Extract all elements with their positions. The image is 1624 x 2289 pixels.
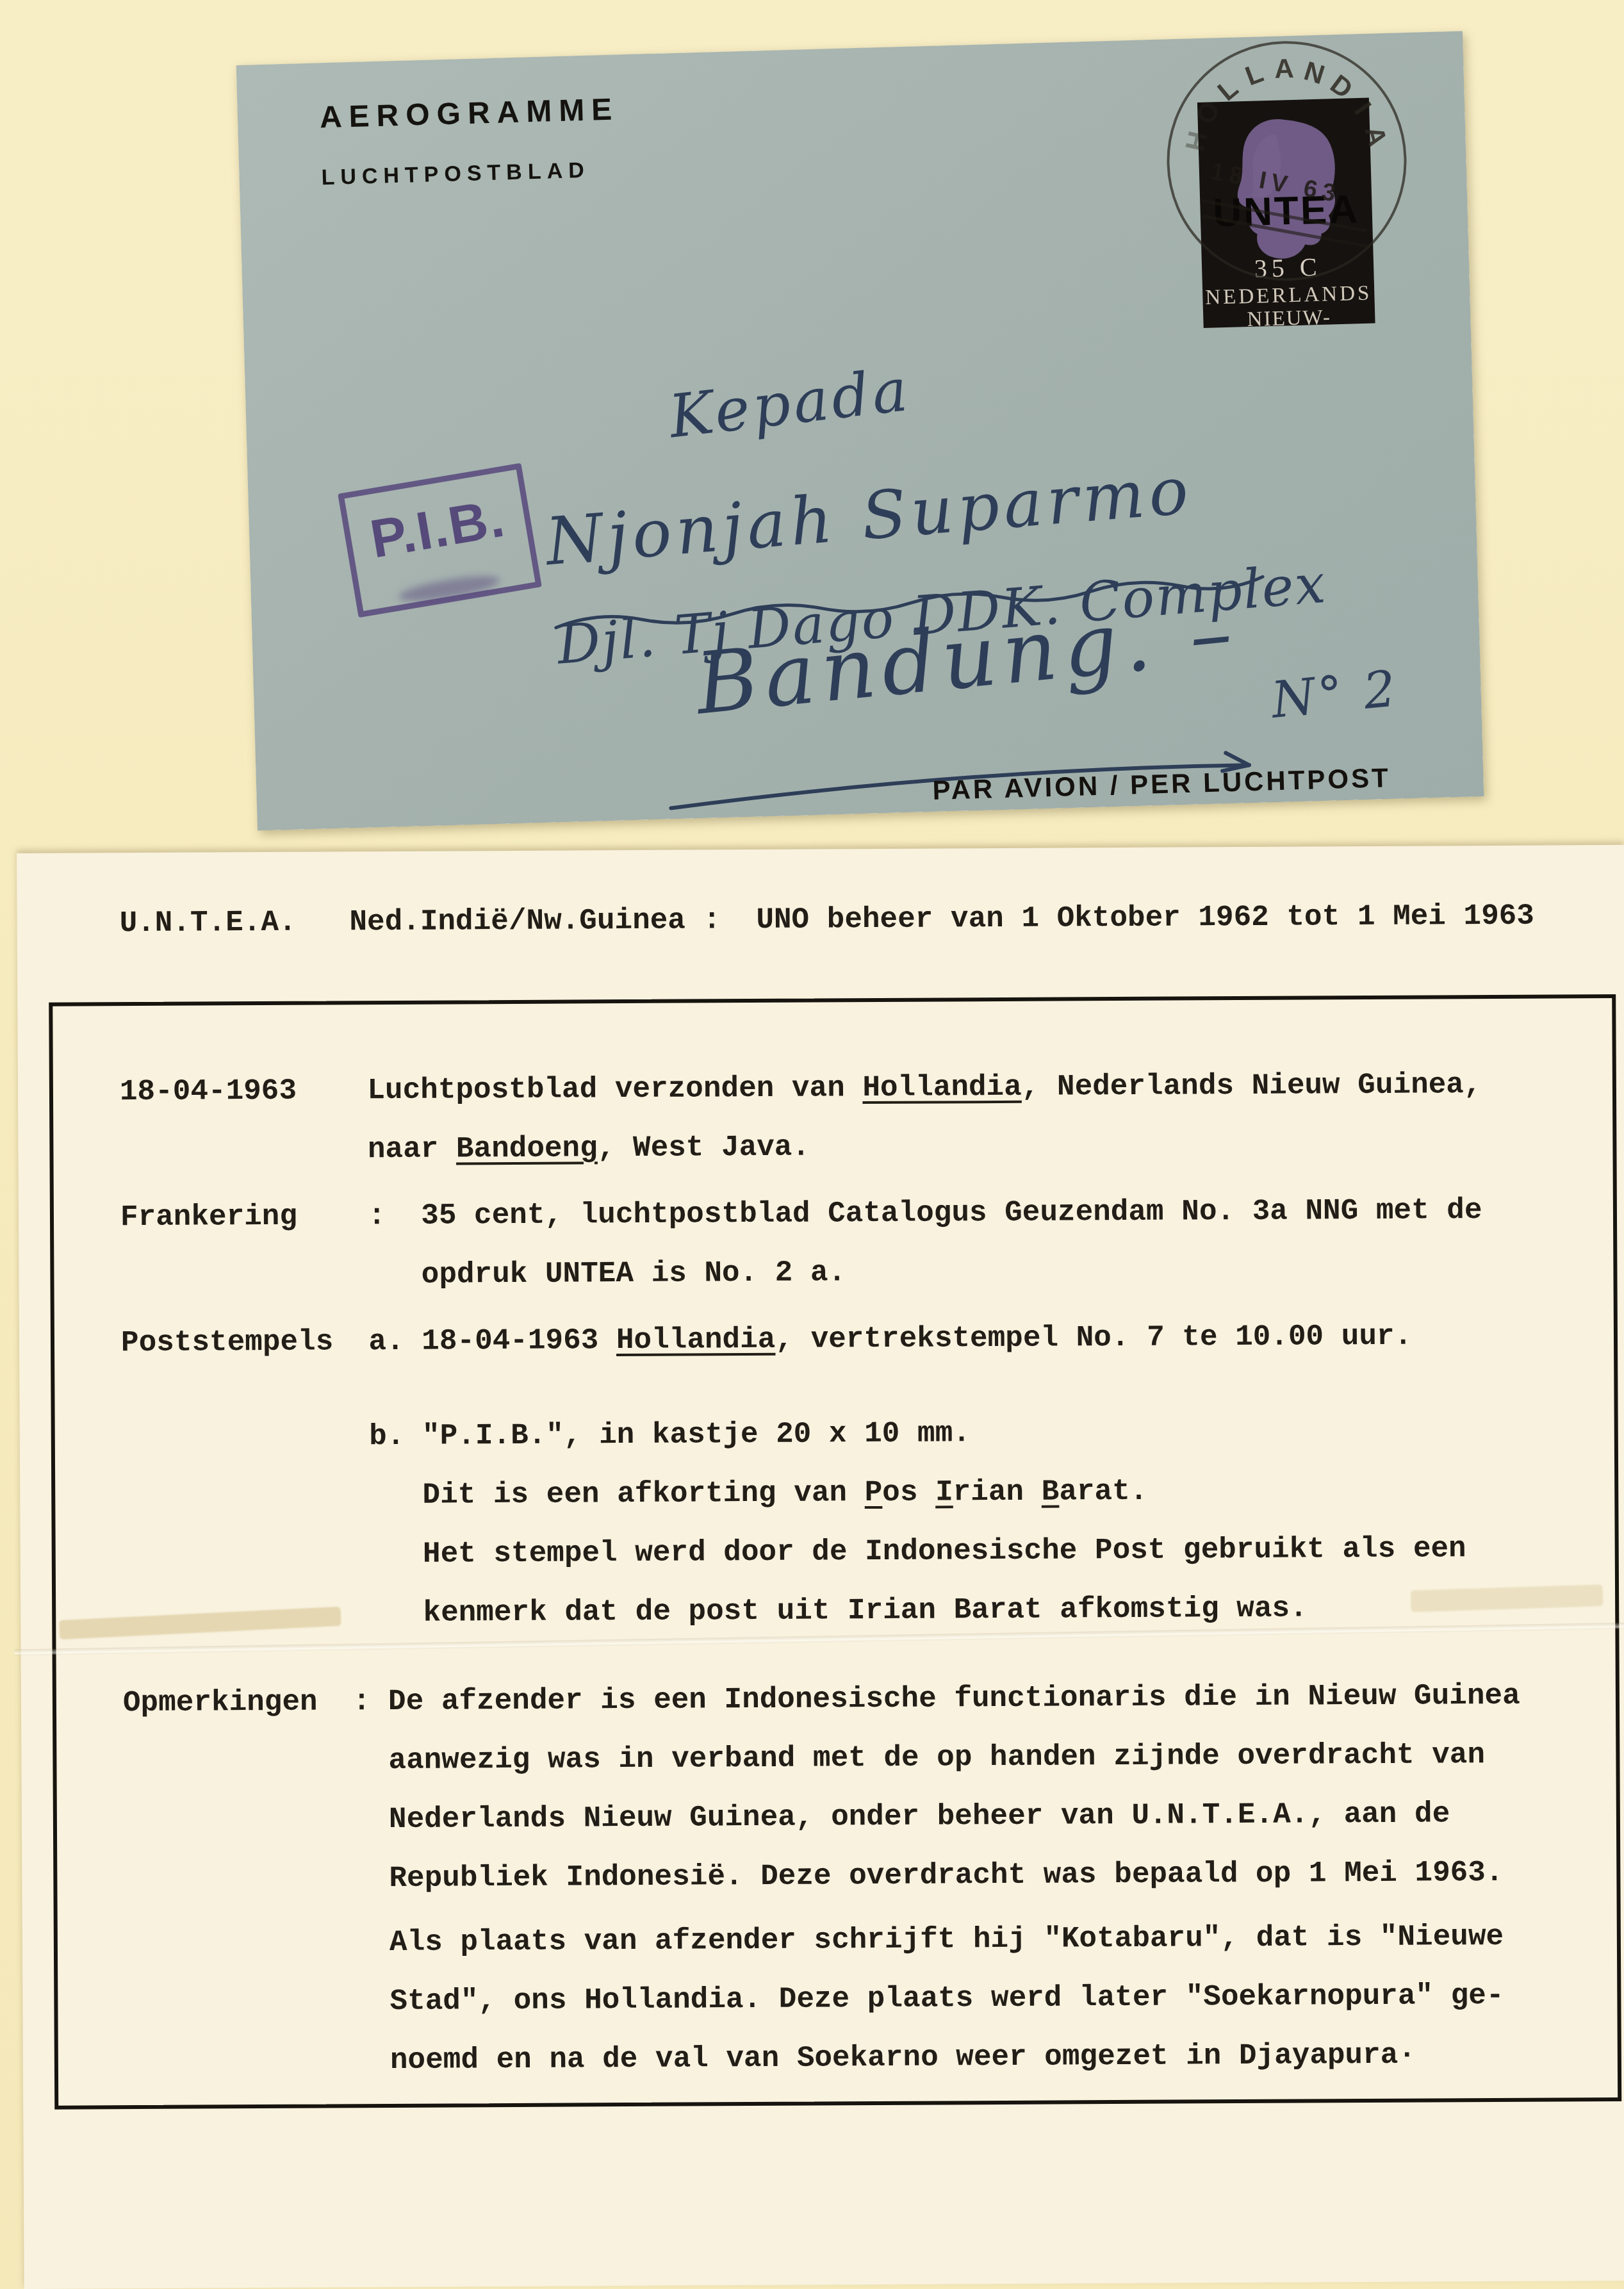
typed-paragraph: Poststempels a. 18-04-1963 Hollandia, ve… [121, 1306, 1518, 1372]
aerogramme-envelope: AEROGRAMME LUCHTPOSTBLAD UNTEA 35 C NEDE… [236, 31, 1484, 830]
typed-line: Stad", ons Hollandia. Deze plaats werd l… [124, 1966, 1521, 2032]
typed-paragraph: Frankering : 35 cent, luchtpostblad Cata… [120, 1181, 1518, 1306]
album-page: { "colors": { "album_background": "#f6eb… [0, 0, 1624, 2289]
typed-line: Nederlands Nieuw Guinea, onder beheer va… [124, 1784, 1521, 1850]
typed-line: Als plaats van afzender schrijft hij "Ko… [124, 1907, 1521, 1973]
postmark-arc-letter: A [1270, 53, 1299, 82]
pib-ink-smudge [397, 571, 501, 606]
typed-lines: 18-04-1963 Luchtpostblad verzonden van H… [120, 1055, 1522, 2091]
pib-handstamp-box: P.I.B. [338, 463, 542, 618]
typed-line: Frankering : 35 cent, luchtpostblad Cata… [120, 1181, 1518, 1247]
typed-line: noemd en na de val van Soekarno weer omg… [125, 2025, 1522, 2091]
description-sheet: U.N.T.E.A. Ned.Indië/Nw.Guinea : UNO beh… [17, 845, 1624, 2289]
typed-paragraph: Opmerkingen : De afzender is een Indones… [123, 1666, 1521, 1909]
hollandia-postmark: HOLLANDIA 18 IV 63 [1163, 38, 1409, 284]
address-name: Njonjah Suparmo [543, 452, 1195, 580]
typed-line: Republiek Indonesië. Deze overdracht was… [124, 1843, 1521, 1909]
pib-handstamp-text: P.I.B. [347, 484, 529, 574]
typed-line: Het stempel werd door de Indonesische Po… [122, 1519, 1520, 1585]
catalog-header-line: U.N.T.E.A. Ned.Indië/Nw.Guinea : UNO beh… [119, 899, 1534, 940]
typed-line: opdruk UNTEA is No. 2 a. [120, 1240, 1518, 1306]
aerogramme-imprint-title: AEROGRAMME [319, 92, 619, 135]
stamp-country-line2: NIEUW-GUINEA [1203, 304, 1375, 327]
postmark-town-arc: HOLLANDIA [1166, 40, 1407, 281]
typed-line: naar Bandoeng, West Java. [120, 1114, 1517, 1180]
address-salutation: Kepada [666, 356, 914, 452]
typed-document-box: 18-04-1963 Luchtpostblad verzonden van H… [49, 994, 1621, 2110]
address-number: N° 2 [1269, 660, 1401, 730]
typed-line: aanwezig was in verband met de op handen… [123, 1725, 1520, 1791]
par-avion-imprint: PAR AVION / PER LUCHTPOST [932, 762, 1391, 806]
typed-line: 18-04-1963 Luchtpostblad verzonden van H… [120, 1055, 1517, 1121]
typed-paragraph: 18-04-1963 Luchtpostblad verzonden van H… [120, 1055, 1518, 1180]
typed-line: Poststempels a. 18-04-1963 Hollandia, ve… [121, 1306, 1518, 1372]
typed-line: Dit is een afkorting van Pos Irian Barat… [122, 1460, 1519, 1526]
typed-line: b. "P.I.B.", in kastje 20 x 10 mm. [122, 1401, 1519, 1467]
typed-line: Opmerkingen : De afzender is een Indones… [123, 1666, 1520, 1732]
typed-paragraph: Als plaats van afzender schrijft hij "Ko… [124, 1907, 1522, 2091]
luchtpostblad-imprint-subtitle: LUCHTPOSTBLAD [321, 158, 590, 191]
